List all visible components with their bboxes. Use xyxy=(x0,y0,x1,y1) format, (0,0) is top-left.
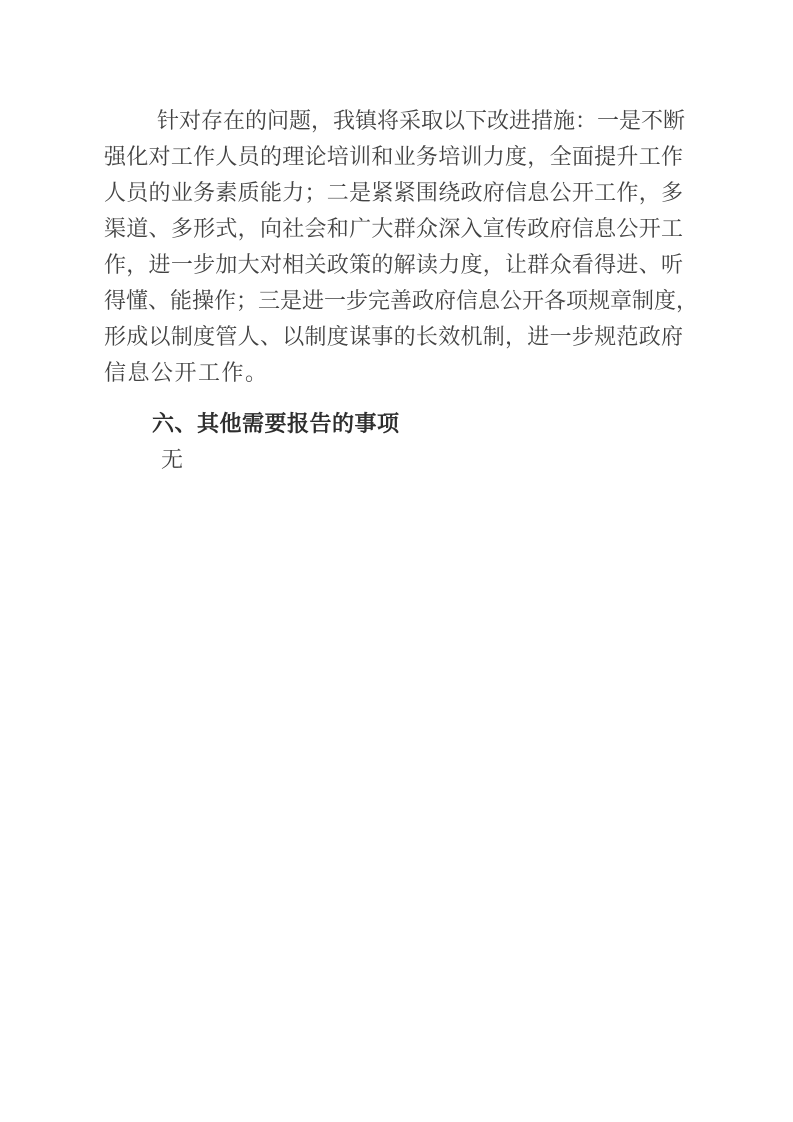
section-content: 无 xyxy=(104,442,683,478)
paragraph-line: 得懂、能操作；三是进一步完善政府信息公开各项规章制度， xyxy=(104,283,683,319)
document-content: 针对存在的问题，我镇将采取以下改进措施：一是不断 强化对工作人员的理论培训和业务… xyxy=(104,103,683,478)
paragraph-line: 信息公开工作。 xyxy=(104,355,683,391)
paragraph-line: 针对存在的问题，我镇将采取以下改进措施：一是不断 xyxy=(104,103,683,139)
document-page: 针对存在的问题，我镇将采取以下改进措施：一是不断 强化对工作人员的理论培训和业务… xyxy=(0,0,793,1122)
paragraph-line: 人员的业务素质能力；二是紧紧围绕政府信息公开工作，多 xyxy=(104,175,683,211)
paragraph-line: 作，进一步加大对相关政策的解读力度，让群众看得进、听 xyxy=(104,247,683,283)
paragraph-line: 形成以制度管人、以制度谋事的长效机制，进一步规范政府 xyxy=(104,319,683,355)
paragraph-line: 渠道、多形式，向社会和广大群众深入宣传政府信息公开工 xyxy=(104,211,683,247)
section-heading: 六、其他需要报告的事项 xyxy=(104,406,683,442)
paragraph-line: 强化对工作人员的理论培训和业务培训力度，全面提升工作 xyxy=(104,139,683,175)
